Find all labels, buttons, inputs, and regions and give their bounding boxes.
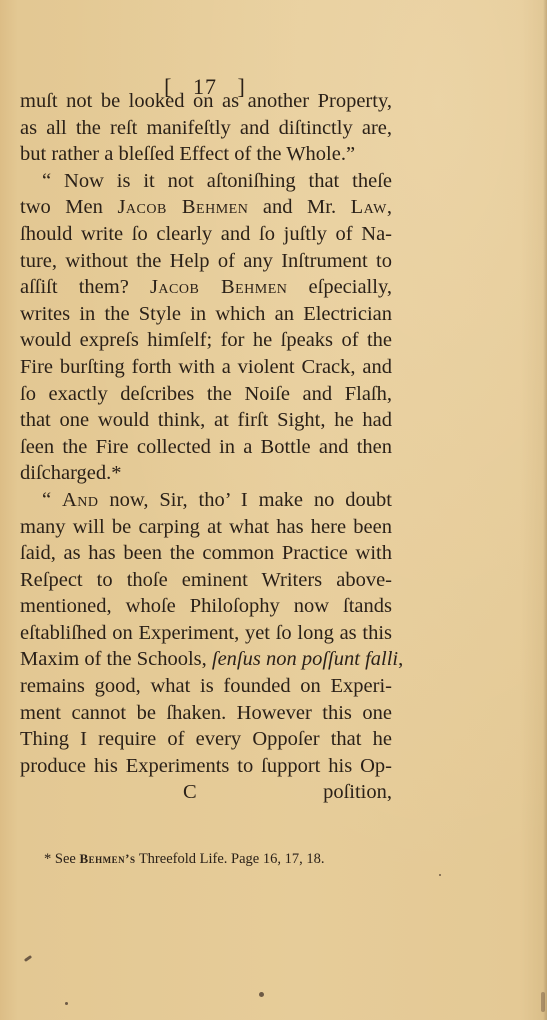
footnote-author: Behmen’s bbox=[79, 851, 135, 866]
paper-speck bbox=[259, 992, 264, 997]
paper-speck bbox=[541, 992, 545, 1012]
text-line: Thing I require of every Oppoſer that he bbox=[20, 726, 392, 753]
line-segment: now, Sir, tho’ I make no doubt bbox=[99, 489, 392, 511]
line-segment: , bbox=[398, 648, 403, 670]
signature-mark: C bbox=[183, 779, 197, 806]
text-line: Fire burſting forth with a violent Crack… bbox=[20, 354, 392, 381]
paper-speck bbox=[439, 874, 441, 876]
latin-maxim: ſenſus non poſſunt falli bbox=[212, 648, 398, 670]
text-line: remains good, what is founded on Experi- bbox=[20, 673, 392, 700]
text-line: as all the reſt manifeſtly and diſtinctl… bbox=[20, 115, 392, 142]
name-jacob-behmen: Jacob Behmen bbox=[117, 196, 248, 218]
line-segment: two Men bbox=[20, 196, 117, 218]
paragraph-start-line: “ Now is it not aſtoniſhing that theſe bbox=[20, 168, 392, 195]
text-line: ture, without the Help of any Inſtrument… bbox=[20, 248, 392, 275]
text-line: produce his Experiments to ſupport his O… bbox=[20, 753, 392, 780]
name-law: Law bbox=[351, 196, 387, 218]
line-segment: , bbox=[387, 196, 392, 218]
text-line: ſo exactly deſcribes the Noiſe and Flaſh… bbox=[20, 381, 392, 408]
text-line: two Men Jacob Behmen and Mr. Law, bbox=[20, 194, 392, 221]
text-line: ſhould write ſo clearly and ſo juſtly of… bbox=[20, 221, 392, 248]
paper-speck bbox=[65, 1002, 68, 1005]
text-line: would expreſs himſelf; for he ſpeaks of … bbox=[20, 327, 392, 354]
book-page: [ 17 ] muſt not be looked on as another … bbox=[0, 0, 547, 1020]
line-segment: eſpecially, bbox=[287, 276, 392, 298]
paper-speck bbox=[24, 955, 32, 962]
text-line: eſtabliſhed on Experiment, yet ſo long a… bbox=[20, 620, 392, 647]
text-line: writes in the Style in which an Electric… bbox=[20, 301, 392, 328]
text-line: aſſiſt them? Jacob Behmen eſpecially, bbox=[20, 274, 392, 301]
footnote: * See Behmen’s Threefold Life. Page 16, … bbox=[44, 851, 404, 868]
line-segment: “ bbox=[42, 489, 62, 511]
text-line: ſeen the Fire collected in a Bottle and … bbox=[20, 434, 392, 461]
text-line: Maxim of the Schools, ſenſus non poſſunt… bbox=[20, 646, 392, 673]
catchword: poſition, bbox=[323, 779, 392, 806]
text-line: many will be carping at what has here be… bbox=[20, 514, 392, 541]
footnote-segment: Threefold Life. Page 16, 17, 18. bbox=[135, 851, 324, 867]
text-line: mentioned, whoſe Philoſophy now ſtands bbox=[20, 593, 392, 620]
text-line: ſaid, as has been the common Practice wi… bbox=[20, 540, 392, 567]
text-line: that one would think, at firſt Sight, he… bbox=[20, 407, 392, 434]
text-line: muſt not be looked on as another Propert… bbox=[20, 88, 392, 115]
text-line: diſcharged.* bbox=[20, 460, 392, 487]
page-edge-shadow bbox=[543, 0, 547, 1020]
text-line: Reſpect to thoſe eminent Writers above- bbox=[20, 567, 392, 594]
paragraph-start-line: “ And now, Sir, tho’ I make no doubt bbox=[20, 487, 392, 514]
footnote-segment: See bbox=[51, 851, 79, 867]
line-segment: aſſiſt them? bbox=[20, 276, 150, 298]
line-segment: Maxim of the Schools, bbox=[20, 648, 212, 670]
text-line: ment cannot be ſhaken. However this one bbox=[20, 700, 392, 727]
text-line: but rather a bleſſed Effect of the Whole… bbox=[20, 141, 392, 168]
line-segment: and Mr. bbox=[248, 196, 350, 218]
name-jacob-behmen: Jacob Behmen bbox=[150, 276, 287, 298]
body-text: muſt not be looked on as another Propert… bbox=[20, 88, 392, 806]
signature-line: C poſition, bbox=[20, 779, 392, 806]
small-caps-and: And bbox=[62, 489, 99, 511]
